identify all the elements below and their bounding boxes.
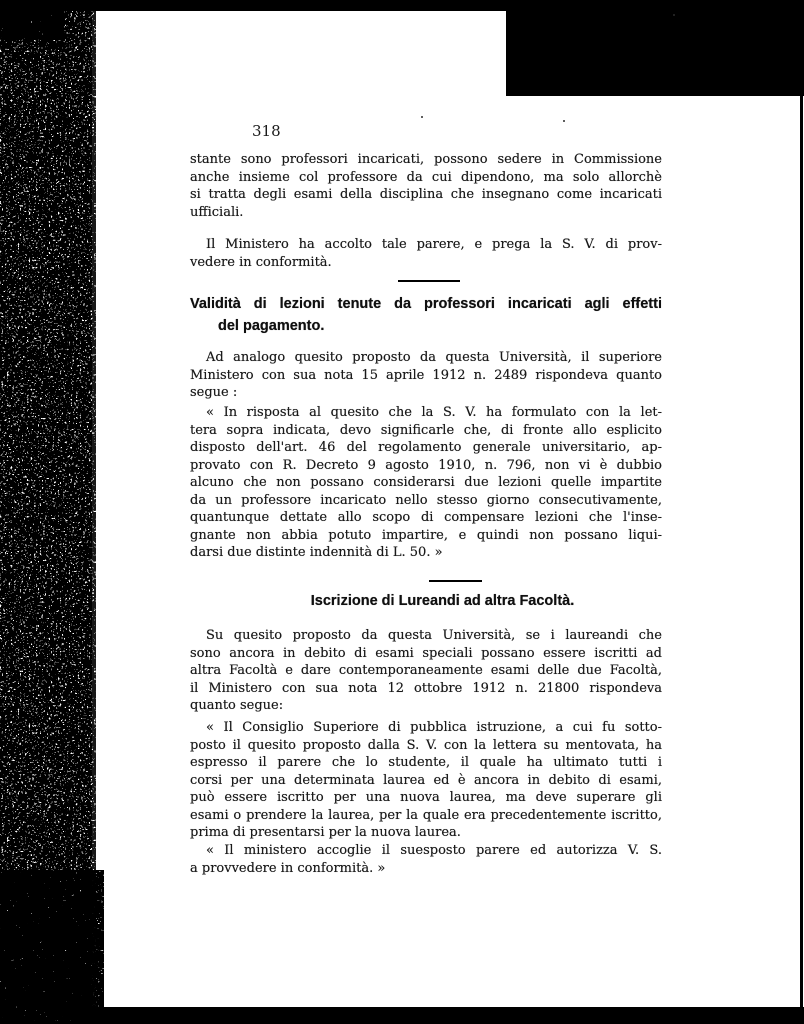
- speck: [673, 14, 675, 16]
- film-edge-dashed-line: [67, 8, 69, 1020]
- scanned-book-page: 318 stante sono professori incaricati, p…: [0, 0, 804, 1024]
- quesito-intro-paragraph-2: Su quesito proposto da questa Università…: [190, 627, 662, 715]
- bottom-scan-bar: [86, 1007, 804, 1024]
- quesito-intro-paragraph: Ad analogo quesito proposto da questa Un…: [190, 349, 662, 402]
- section-divider: [429, 580, 482, 582]
- top-left-scan-blob: [26, 3, 50, 14]
- section-divider: [398, 280, 460, 282]
- page-number: 318: [252, 122, 281, 140]
- paragraph-continuation: stante sono professori incaricati, posso…: [190, 151, 662, 221]
- ministry-authorization-quote: « Il ministero accoglie il suesposto par…: [190, 842, 662, 877]
- section-heading-iscrizione-laureandi: Iscrizione di Lureandi ad altra Facoltà.: [190, 593, 695, 609]
- consiglio-superiore-quote: « Il Consiglio Superiore di pubblica ist…: [190, 719, 662, 842]
- speck: [563, 120, 565, 122]
- speck: [421, 116, 423, 118]
- top-right-scan-block: [506, 0, 804, 96]
- top-scan-bar-thick: [44, 0, 506, 11]
- ministry-acceptance-paragraph: Il Ministero ha accolto tale parere, e p…: [190, 236, 662, 271]
- right-scan-line: [800, 88, 803, 1024]
- right-scan-mark: [791, 86, 802, 93]
- section-heading-validita-lezioni: Validità di lezioni tenute da professori…: [190, 294, 662, 337]
- ministry-reply-quote: « In risposta al quesito che la S. V. ha…: [190, 404, 662, 562]
